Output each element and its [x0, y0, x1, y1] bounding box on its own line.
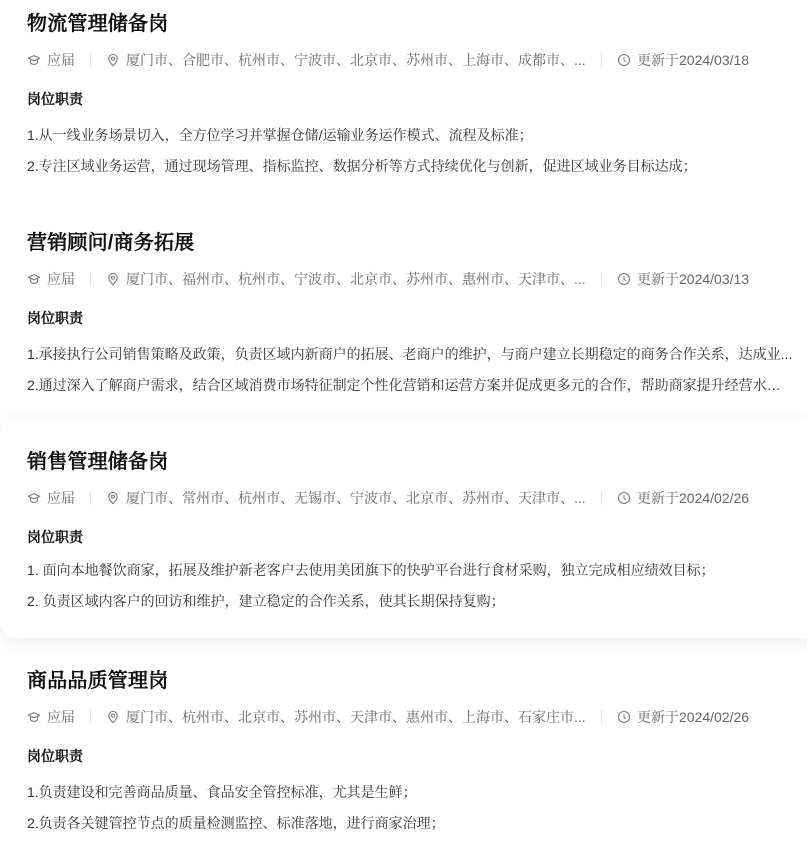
separator — [601, 710, 602, 724]
job-updated: 更新于2024/02/26 — [617, 488, 749, 508]
duty-item: 1. 面向本地餐饮商家，拓展及维护新老客户去使用美团旗下的快驴平台进行食材采购，… — [27, 555, 793, 586]
job-card[interactable]: 商品品质管理岗 应届 厦门市、杭州市、北京市、苏州市、天津市、惠州市、上海市、石… — [0, 657, 807, 844]
duty-item: 2. 负责区域内客户的回访和维护，建立稳定的合作关系，使其长期保持复购； — [27, 586, 793, 617]
job-type: 应届 — [27, 269, 75, 289]
job-card[interactable]: 物流管理储备岗 应届 厦门市、合肥市、杭州市、宁波市、北京市、苏州市、上海市、成… — [0, 0, 807, 219]
duty-item: 2.负责各关键管控节点的质量检测监控、标准落地，进行商家治理； — [27, 808, 793, 839]
location-pin-icon — [106, 710, 120, 724]
duty-heading: 岗位职责 — [27, 308, 83, 328]
job-type: 应届 — [27, 707, 75, 727]
job-updated: 更新于2024/03/13 — [617, 269, 749, 289]
job-location: 厦门市、福州市、杭州市、宁波市、北京市、苏州市、惠州市、天津市、... — [106, 269, 586, 289]
location-pin-icon — [106, 53, 120, 67]
duty-item: 1.承接执行公司销售策略及政策，负责区域内新商户的拓展、老商户的维护，与商户建立… — [27, 339, 793, 370]
job-title[interactable]: 物流管理储备岗 — [27, 10, 168, 38]
separator — [601, 272, 602, 286]
job-title[interactable]: 销售管理储备岗 — [27, 448, 168, 476]
job-updated-date: 更新于2024/02/26 — [637, 488, 749, 508]
duty-item: 1.负责建设和完善商品质量、食品安全管控标准，尤其是生鲜； — [27, 777, 793, 808]
clock-icon — [617, 710, 631, 724]
job-updated: 更新于2024/02/26 — [617, 707, 749, 727]
separator — [90, 491, 91, 505]
duty-heading: 岗位职责 — [27, 89, 83, 109]
duty-heading: 岗位职责 — [27, 527, 83, 547]
job-cities: 厦门市、常州市、杭州市、无锡市、宁波市、北京市、苏州市、天津市、... — [126, 488, 586, 508]
separator — [601, 491, 602, 505]
job-list: 物流管理储备岗 应届 厦门市、合肥市、杭州市、宁波市、北京市、苏州市、上海市、成… — [0, 0, 807, 844]
job-updated-date: 更新于2024/02/26 — [637, 707, 749, 727]
clock-icon — [617, 53, 631, 67]
job-card-hovered[interactable]: 销售管理储备岗 应届 厦门市、常州市、杭州市、无锡市、宁波市、北京市、苏州市、天… — [0, 419, 807, 638]
job-type: 应届 — [27, 488, 75, 508]
job-location: 厦门市、合肥市、杭州市、宁波市、北京市、苏州市、上海市、成都市、... — [106, 50, 586, 70]
job-title[interactable]: 营销顾问/商务拓展 — [27, 229, 194, 257]
job-location: 厦门市、常州市、杭州市、无锡市、宁波市、北京市、苏州市、天津市、... — [106, 488, 586, 508]
duty-item: 2.专注区域业务运营，通过现场管理、指标监控、数据分析等方式持续优化与创新，促进… — [27, 151, 793, 182]
job-type-label: 应届 — [47, 707, 75, 727]
job-cities: 厦门市、杭州市、北京市、苏州市、天津市、惠州市、上海市、石家庄市... — [126, 707, 586, 727]
job-type: 应届 — [27, 50, 75, 70]
job-meta: 应届 厦门市、福州市、杭州市、宁波市、北京市、苏州市、惠州市、天津市、... 更… — [27, 269, 749, 289]
duty-item: 1.从一线业务场景切入，全方位学习并掌握仓储/运输业务运作模式、流程及标准； — [27, 120, 793, 151]
job-meta: 应届 厦门市、常州市、杭州市、无锡市、宁波市、北京市、苏州市、天津市、... 更… — [27, 488, 749, 508]
graduation-cap-icon — [27, 710, 41, 724]
duty-list: 1. 面向本地餐饮商家，拓展及维护新老客户去使用美团旗下的快驴平台进行食材采购，… — [27, 555, 797, 617]
job-cities: 厦门市、福州市、杭州市、宁波市、北京市、苏州市、惠州市、天津市、... — [126, 269, 586, 289]
job-cities: 厦门市、合肥市、杭州市、宁波市、北京市、苏州市、上海市、成都市、... — [126, 50, 586, 70]
job-type-label: 应届 — [47, 50, 75, 70]
job-updated: 更新于2024/03/18 — [617, 50, 749, 70]
separator — [90, 272, 91, 286]
job-card[interactable]: 营销顾问/商务拓展 应届 厦门市、福州市、杭州市、宁波市、北京市、苏州市、惠州市… — [0, 219, 807, 438]
separator — [90, 53, 91, 67]
location-pin-icon — [106, 491, 120, 505]
duty-heading: 岗位职责 — [27, 746, 83, 766]
job-location: 厦门市、杭州市、北京市、苏州市、天津市、惠州市、上海市、石家庄市... — [106, 707, 586, 727]
job-meta: 应届 厦门市、合肥市、杭州市、宁波市、北京市、苏州市、上海市、成都市、... 更… — [27, 50, 749, 70]
job-meta: 应届 厦门市、杭州市、北京市、苏州市、天津市、惠州市、上海市、石家庄市... 更… — [27, 707, 749, 727]
duty-list: 1.承接执行公司销售策略及政策，负责区域内新商户的拓展、老商户的维护，与商户建立… — [27, 339, 797, 401]
job-type-label: 应届 — [47, 488, 75, 508]
clock-icon — [617, 491, 631, 505]
clock-icon — [617, 272, 631, 286]
graduation-cap-icon — [27, 491, 41, 505]
duty-list: 1.负责建设和完善商品质量、食品安全管控标准，尤其是生鲜； 2.负责各关键管控节… — [27, 777, 797, 839]
separator — [90, 710, 91, 724]
job-title[interactable]: 商品品质管理岗 — [27, 667, 168, 695]
graduation-cap-icon — [27, 272, 41, 286]
job-updated-date: 更新于2024/03/13 — [637, 269, 749, 289]
duty-list: 1.从一线业务场景切入，全方位学习并掌握仓储/运输业务运作模式、流程及标准； 2… — [27, 120, 797, 182]
job-updated-date: 更新于2024/03/18 — [637, 50, 749, 70]
job-type-label: 应届 — [47, 269, 75, 289]
separator — [601, 53, 602, 67]
duty-item: 2.通过深入了解商户需求，结合区域消费市场特征制定个性化营销和运营方案并促成更多… — [27, 370, 793, 401]
graduation-cap-icon — [27, 53, 41, 67]
location-pin-icon — [106, 272, 120, 286]
